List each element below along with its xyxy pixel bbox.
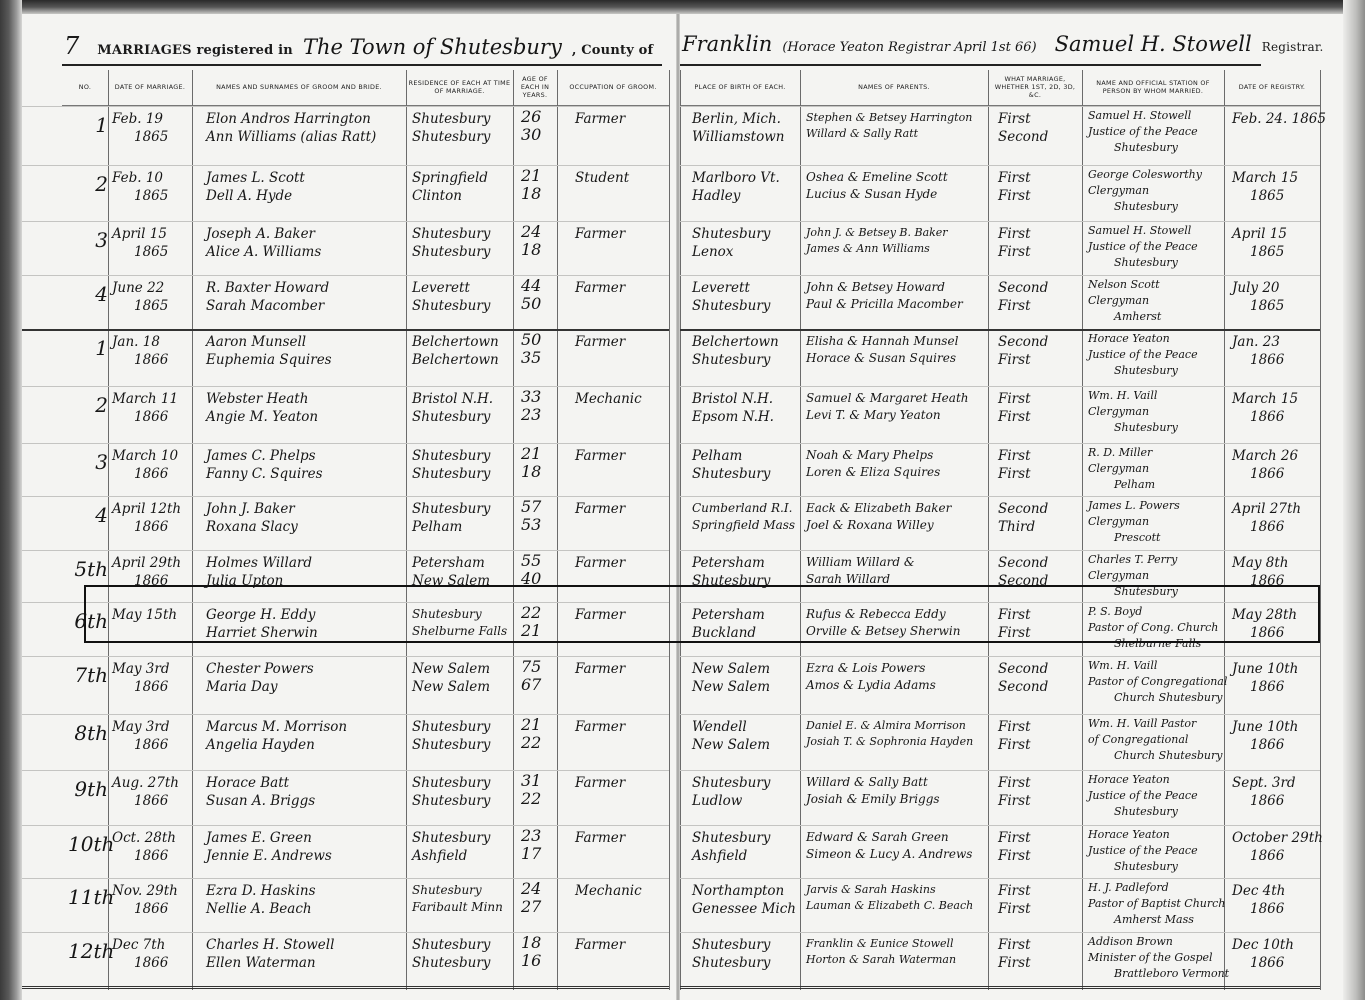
place-of-birth-line: Ashfield: [692, 847, 798, 865]
marriage-date: May 3rd1866: [112, 660, 190, 696]
marriage-date-line: April 12th: [112, 500, 190, 518]
groom-occupation: Farmer: [575, 774, 625, 792]
marriage-date: May 3rd1866: [112, 718, 190, 754]
marriage-date: Jan. 181866: [112, 333, 190, 369]
what-marriage-line: First: [998, 829, 1080, 847]
what-marriage: FirstSecond: [998, 110, 1080, 146]
officiant-line: Horace Yeaton: [1088, 827, 1222, 843]
what-marriage-line: First: [998, 447, 1080, 465]
groom-and-bride-names-line: Roxana Slacy: [206, 518, 404, 536]
what-marriage-line: First: [998, 390, 1080, 408]
date-of-registry-line: May 8th: [1232, 554, 1322, 572]
officiant-line: Prescott: [1088, 530, 1222, 546]
marriage-date: Dec 7th1866: [112, 936, 190, 972]
officiant-line: R. D. Miller: [1088, 445, 1222, 461]
ages-line: 27: [521, 898, 557, 916]
row-rule: [680, 770, 1320, 771]
ages-line: 44: [521, 277, 557, 295]
ages-line: 21: [521, 622, 557, 640]
officiant-line: Pastor of Cong. Church: [1088, 620, 1222, 636]
groom-and-bride-names: Holmes WillardJulia Upton: [206, 554, 404, 590]
what-marriage-line: First: [998, 351, 1080, 369]
names-of-parents: Willard & Sally BattJosiah & Emily Brigg…: [806, 774, 986, 808]
groom-and-bride-names-line: Nellie A. Beach: [206, 900, 404, 918]
ages-line: 23: [521, 406, 557, 424]
place-of-birth-line: Shutesbury: [692, 225, 798, 243]
marriage-date: April 12th1866: [112, 500, 190, 536]
groom-and-bride-names-line: Marcus M. Morrison: [206, 718, 404, 736]
officiant-line: Shutesbury: [1088, 199, 1222, 215]
ages-line: 40: [521, 570, 557, 588]
officiant-line: Justice of the Peace: [1088, 843, 1222, 859]
date-of-registry-line: Sept. 3rd: [1232, 774, 1322, 792]
residence-line: Shutesbury: [412, 500, 511, 518]
what-marriage-line: First: [998, 736, 1080, 754]
date-of-registry-line: 1865: [1232, 187, 1322, 205]
names-of-parents: John J. & Betsey B. BakerJames & Ann Wil…: [806, 225, 986, 257]
groom-and-bride-names-line: R. Baxter Howard: [206, 279, 404, 297]
what-marriage: FirstFirst: [998, 936, 1080, 972]
what-marriage-line: First: [998, 718, 1080, 736]
ages-line: 53: [521, 516, 557, 534]
marriage-date: May 15th: [112, 606, 190, 624]
residence: New SalemNew Salem: [412, 660, 511, 696]
marriage-date-line: 1866: [112, 465, 190, 483]
what-marriage: FirstFirst: [998, 718, 1080, 754]
row-rule: [680, 714, 1320, 715]
date-of-registry-line: April 27th: [1232, 500, 1322, 518]
residence-line: Shutesbury: [412, 408, 511, 426]
left-page-title: 7 MARRIAGES registered in The Town of Sh…: [22, 32, 676, 62]
what-marriage-line: First: [998, 606, 1080, 624]
record-number: 3: [68, 229, 108, 251]
officiant-line: Nelson Scott: [1088, 277, 1222, 293]
scan-right-edge: [1343, 0, 1365, 1000]
record-number: 2: [68, 394, 108, 416]
place-of-birth-line: Cumberland R.I.: [692, 500, 798, 517]
marriage-date-line: Jan. 18: [112, 333, 190, 351]
groom-and-bride-names: Webster HeathAngie M. Yeaton: [206, 390, 404, 426]
date-of-registry-line: 1866: [1232, 736, 1322, 754]
groom-and-bride-names-line: Angelia Hayden: [206, 736, 404, 754]
residence: ShutesburyShutesbury: [412, 225, 511, 261]
officiant-line: Justice of the Peace: [1088, 347, 1222, 363]
officiant: Nelson ScottClergymanAmherst: [1088, 277, 1222, 325]
marriage-date-line: 1865: [112, 297, 190, 315]
officiant-line: Shutesbury: [1088, 140, 1222, 156]
names-of-parents-line: Simeon & Lucy A. Andrews: [806, 846, 986, 863]
groom-and-bride-names-line: Maria Day: [206, 678, 404, 696]
book-binding-left: [0, 0, 22, 1000]
groom-occupation: Farmer: [575, 660, 625, 678]
ages-line: 30: [521, 126, 557, 144]
what-marriage: FirstFirst: [998, 390, 1080, 426]
names-of-parents-line: Horton & Sarah Waterman: [806, 952, 986, 968]
record-number: 8th: [68, 722, 108, 744]
row-rule: [22, 106, 669, 107]
column-rule: [406, 70, 407, 990]
row-rule: [680, 165, 1320, 166]
names-of-parents-line: Noah & Mary Phelps: [806, 447, 986, 464]
names-of-parents-line: Josiah & Emily Briggs: [806, 791, 986, 808]
groom-occupation: Mechanic: [575, 882, 642, 900]
names-of-parents-line: Lauman & Elizabeth C. Beach: [806, 898, 986, 914]
record-number: 2: [68, 173, 108, 195]
ages-line: 22: [521, 604, 557, 622]
marriage-date-line: March 11: [112, 390, 190, 408]
groom-and-bride-names: Ezra D. HaskinsNellie A. Beach: [206, 882, 404, 918]
date-of-registry: April 27th1866: [1232, 500, 1322, 536]
what-marriage-line: First: [998, 847, 1080, 865]
groom-and-bride-names: James C. PhelpsFanny C. Squires: [206, 447, 404, 483]
residence-line: Belchertown: [412, 351, 511, 369]
column-rule: [1224, 70, 1225, 990]
date-of-registry-line: 1865: [1232, 297, 1322, 315]
place-of-birth-line: Marlboro Vt.: [692, 169, 798, 187]
groom-and-bride-names-line: Ellen Waterman: [206, 954, 404, 972]
date-of-registry: July 201865: [1232, 279, 1322, 315]
row-rule: [22, 165, 669, 166]
place-of-birth: PetershamBuckland: [692, 606, 798, 642]
names-of-parents-line: Edward & Sarah Green: [806, 829, 986, 846]
names-of-parents: John & Betsey HowardPaul & Pricilla Maco…: [806, 279, 986, 313]
groom-occupation: Farmer: [575, 110, 625, 128]
groom-and-bride-names: R. Baxter HowardSarah Macomber: [206, 279, 404, 315]
marriage-date-line: 1866: [112, 736, 190, 754]
residence-line: Shutesbury: [412, 297, 511, 315]
date-of-registry-line: 1866: [1232, 900, 1322, 918]
left-page: 7 MARRIAGES registered in The Town of Sh…: [22, 14, 676, 1000]
residence-line: New Salem: [412, 572, 511, 590]
what-marriage: SecondSecond: [998, 554, 1080, 590]
ages-line: 24: [521, 880, 557, 898]
residence: BelchertownBelchertown: [412, 333, 511, 369]
officiant: Samuel H. StowellJustice of the PeaceShu…: [1088, 108, 1222, 156]
residence: ShutesburyShelburne Falls: [412, 606, 511, 640]
residence: ShutesburyShutesbury: [412, 447, 511, 483]
officiant-line: Samuel H. Stowell: [1088, 108, 1222, 124]
residence-line: Shutesbury: [412, 243, 511, 261]
names-of-parents-line: John & Betsey Howard: [806, 279, 986, 296]
residence-line: Pelham: [412, 518, 511, 536]
officiant: H. J. PadlefordPastor of Baptist ChurchA…: [1088, 880, 1222, 928]
what-marriage-line: First: [998, 297, 1080, 315]
column-rule: [800, 70, 801, 990]
registrar-name: Samuel H. Stowell: [1055, 32, 1252, 56]
date-of-registry-line: May 28th: [1232, 606, 1322, 624]
page-number: 7: [64, 32, 79, 60]
row-rule: [22, 496, 669, 497]
place-of-birth-line: Williamstown: [692, 128, 798, 146]
ages: 2118: [521, 445, 557, 481]
ages: 3122: [521, 772, 557, 808]
row-rule: [22, 878, 669, 879]
marriage-date-line: 1866: [112, 900, 190, 918]
officiant: P. S. BoydPastor of Cong. ChurchShelburn…: [1088, 604, 1222, 652]
names-of-parents-line: Ezra & Lois Powers: [806, 660, 986, 677]
place-of-birth-line: New Salem: [692, 660, 798, 678]
names-of-parents: Daniel E. & Almira MorrisonJosiah T. & S…: [806, 718, 986, 750]
what-marriage: SecondThird: [998, 500, 1080, 536]
officiant-line: Wm. H. Vaill: [1088, 658, 1222, 674]
marriage-date: March 101866: [112, 447, 190, 483]
date-of-registry: March 151865: [1232, 169, 1322, 205]
ages: 1816: [521, 934, 557, 970]
row-rule: [680, 825, 1320, 826]
row-rule: [680, 443, 1320, 444]
officiant-line: H. J. Padleford: [1088, 880, 1222, 896]
place-of-birth-line: Pelham: [692, 447, 798, 465]
place-of-birth-line: Ludlow: [692, 792, 798, 810]
record-number: 3: [68, 451, 108, 473]
officiant-line: Brattleboro Vermont: [1088, 966, 1222, 982]
row-rule: [680, 386, 1320, 387]
marriage-date-line: 1866: [112, 792, 190, 810]
row-rule: [680, 275, 1320, 276]
place-of-birth-line: Shutesbury: [692, 954, 798, 972]
names-of-parents: Ezra & Lois PowersAmos & Lydia Adams: [806, 660, 986, 694]
marriage-date-line: 1866: [112, 954, 190, 972]
column-rule: [557, 70, 558, 990]
groom-and-bride-names: Marcus M. MorrisonAngelia Hayden: [206, 718, 404, 754]
names-of-parents-line: Paul & Pricilla Macomber: [806, 296, 986, 313]
groom-and-bride-names-line: James C. Phelps: [206, 447, 404, 465]
officiant-line: Shelburne Falls: [1088, 636, 1222, 652]
names-of-parents: William Willard &Sarah Willard: [806, 554, 986, 588]
groom-and-bride-names-line: Euphemia Squires: [206, 351, 404, 369]
groom-and-bride-names-line: Ann Williams (alias Ratt): [206, 128, 404, 146]
groom-occupation: Farmer: [575, 500, 625, 518]
officiant-line: Shutesbury: [1088, 420, 1222, 436]
officiant: Horace YeatonJustice of the PeaceShutesb…: [1088, 772, 1222, 820]
what-marriage-line: First: [998, 408, 1080, 426]
officiant-line: George Colesworthy: [1088, 167, 1222, 183]
officiant-line: Samuel H. Stowell: [1088, 223, 1222, 239]
residence-line: Springfield: [412, 169, 511, 187]
groom-and-bride-names-line: Angie M. Yeaton: [206, 408, 404, 426]
names-of-parents: Edward & Sarah GreenSimeon & Lucy A. And…: [806, 829, 986, 863]
date-of-registry: Feb. 24. 1865: [1232, 110, 1322, 128]
residence: ShutesburyShutesbury: [412, 774, 511, 810]
column-rule: [680, 70, 681, 990]
groom-and-bride-names-line: Horace Batt: [206, 774, 404, 792]
place-of-birth-line: Hadley: [692, 187, 798, 205]
row-rule: [22, 275, 669, 276]
date-of-registry-line: 1865: [1232, 243, 1322, 261]
officiant-line: Clergyman: [1088, 183, 1222, 199]
officiant-line: Pastor of Baptist Church: [1088, 896, 1222, 912]
marriage-date-line: April 15: [112, 225, 190, 243]
residence: LeverettShutesbury: [412, 279, 511, 315]
residence-line: Petersham: [412, 554, 511, 572]
officiant-line: Church Shutesbury: [1088, 690, 1222, 706]
date-of-registry-line: June 10th: [1232, 718, 1322, 736]
what-marriage: SecondFirst: [998, 279, 1080, 315]
groom-occupation: Mechanic: [575, 390, 642, 408]
groom-and-bride-names: Elon Andros HarringtonAnn Williams (alia…: [206, 110, 404, 146]
officiant: Wm. H. VaillClergymanShutesbury: [1088, 388, 1222, 436]
marriage-date-line: Feb. 10: [112, 169, 190, 187]
record-number: 1: [68, 337, 108, 359]
groom-occupation: Farmer: [575, 718, 625, 736]
what-marriage-line: Second: [998, 554, 1080, 572]
names-of-parents-line: Levi T. & Mary Yeaton: [806, 407, 986, 424]
what-marriage: FirstFirst: [998, 882, 1080, 918]
marriage-date-line: 1866: [112, 518, 190, 536]
place-of-birth-line: Petersham: [692, 606, 798, 624]
place-of-birth: LeverettShutesbury: [692, 279, 798, 315]
ages-line: 21: [521, 167, 557, 185]
marriage-date: Feb. 191865: [112, 110, 190, 146]
names-of-parents-line: Horace & Susan Squires: [806, 350, 986, 367]
row-rule: [680, 878, 1320, 879]
ages-line: 50: [521, 295, 557, 313]
residence: ShutesburyFaribault Minn: [412, 882, 511, 916]
ages: 2418: [521, 223, 557, 259]
residence-line: Leverett: [412, 279, 511, 297]
printed-title: MARRIAGES registered in: [97, 43, 293, 58]
residence: ShutesburyPelham: [412, 500, 511, 536]
groom-and-bride-names: James L. ScottDell A. Hyde: [206, 169, 404, 205]
date-of-registry-line: March 15: [1232, 169, 1322, 187]
marriage-date: Aug. 27th1866: [112, 774, 190, 810]
what-marriage-line: First: [998, 954, 1080, 972]
what-marriage-line: First: [998, 187, 1080, 205]
table-bottom-rule: [22, 986, 669, 989]
marriage-date-line: May 3rd: [112, 718, 190, 736]
row-rule: [22, 550, 669, 551]
ages-line: 18: [521, 185, 557, 203]
place-of-birth-line: New Salem: [692, 678, 798, 696]
officiant-line: Clergyman: [1088, 404, 1222, 420]
column-rule: [192, 70, 193, 990]
place-of-birth: Cumberland R.I.Springfield Mass: [692, 500, 798, 534]
residence-line: Shutesbury: [412, 128, 511, 146]
names-of-parents-line: James & Ann Williams: [806, 241, 986, 257]
what-marriage-line: First: [998, 169, 1080, 187]
groom-occupation: Farmer: [575, 279, 625, 297]
ages: 2427: [521, 880, 557, 916]
row-rule: [680, 329, 1320, 331]
column-rule: [513, 70, 514, 990]
row-rule: [680, 602, 1320, 603]
row-rule: [680, 106, 1320, 107]
residence-line: Shutesbury: [412, 774, 511, 792]
date-of-registry-line: 1866: [1232, 518, 1322, 536]
marriage-date-line: 1866: [112, 572, 190, 590]
groom-and-bride-names-line: Holmes Willard: [206, 554, 404, 572]
officiant-line: Clergyman: [1088, 461, 1222, 477]
ages: 3323: [521, 388, 557, 424]
what-marriage-line: First: [998, 225, 1080, 243]
names-of-parents-line: Amos & Lydia Adams: [806, 677, 986, 694]
residence-line: Shutesbury: [412, 465, 511, 483]
row-rule: [22, 329, 669, 331]
column-rule: [1082, 70, 1083, 990]
officiant-line: Justice of the Peace: [1088, 124, 1222, 140]
place-of-birth: New SalemNew Salem: [692, 660, 798, 696]
date-of-registry-line: 1866: [1232, 792, 1322, 810]
names-of-parents: Elisha & Hannah MunselHorace & Susan Squ…: [806, 333, 986, 367]
officiant-line: Amherst Mass: [1088, 912, 1222, 928]
registrar-annotation: (Horace Yeaton Registrar April 1st 66): [782, 40, 1036, 55]
groom-occupation: Farmer: [575, 554, 625, 572]
officiant-line: Shutesbury: [1088, 804, 1222, 820]
column-header-reg: Date of Registry.: [1224, 70, 1320, 104]
officiant-line: Wm. H. Vaill: [1088, 388, 1222, 404]
right-page-title: Franklin (Horace Yeaton Registrar April …: [680, 32, 1343, 62]
groom-and-bride-names-line: James L. Scott: [206, 169, 404, 187]
place-of-birth-line: Leverett: [692, 279, 798, 297]
groom-and-bride-names-line: Julia Upton: [206, 572, 404, 590]
residence-line: Shutesbury: [412, 882, 511, 899]
groom-occupation: Farmer: [575, 606, 625, 624]
county-label: , County of: [572, 43, 654, 58]
marriage-date-line: May 3rd: [112, 660, 190, 678]
residence: ShutesburyShutesbury: [412, 936, 511, 972]
residence-line: Shutesbury: [412, 736, 511, 754]
groom-and-bride-names-line: Jennie E. Andrews: [206, 847, 404, 865]
record-number: 4: [68, 283, 108, 305]
ages-line: 18: [521, 934, 557, 952]
place-of-birth-line: Shutesbury: [692, 829, 798, 847]
groom-and-bride-names-line: Aaron Munsell: [206, 333, 404, 351]
date-of-registry-line: Dec 10th: [1232, 936, 1322, 954]
marriage-date: March 111866: [112, 390, 190, 426]
row-rule: [22, 714, 669, 715]
officiant: George ColesworthyClergymanShutesbury: [1088, 167, 1222, 215]
residence-line: Ashfield: [412, 847, 511, 865]
place-of-birth-line: Shutesbury: [692, 774, 798, 792]
what-marriage: FirstFirst: [998, 225, 1080, 261]
marriage-date: Feb. 101865: [112, 169, 190, 205]
names-of-parents: Samuel & Margaret HeathLevi T. & Mary Ye…: [806, 390, 986, 424]
column-rule: [988, 70, 989, 990]
place-of-birth-line: Shutesbury: [692, 465, 798, 483]
place-of-birth-line: New Salem: [692, 736, 798, 754]
residence: ShutesburyShutesbury: [412, 718, 511, 754]
place-of-birth-line: Shutesbury: [692, 572, 798, 590]
groom-occupation: Student: [575, 169, 629, 187]
ages-line: 55: [521, 552, 557, 570]
ages-line: 21: [521, 445, 557, 463]
date-of-registry-line: Jan. 23: [1232, 333, 1322, 351]
names-of-parents: Stephen & Betsey HarringtonWillard & Sal…: [806, 110, 986, 142]
date-of-registry-line: 1866: [1232, 465, 1322, 483]
names-of-parents: Rufus & Rebecca EddyOrville & Betsey She…: [806, 606, 986, 640]
groom-and-bride-names-line: James E. Green: [206, 829, 404, 847]
officiant-line: Horace Yeaton: [1088, 772, 1222, 788]
column-header-parents: Names of Parents.: [800, 70, 988, 104]
place-of-birth-line: Springfield Mass: [692, 517, 798, 534]
place-of-birth-line: Shutesbury: [692, 297, 798, 315]
row-rule: [22, 443, 669, 444]
what-marriage-line: Second: [998, 660, 1080, 678]
what-marriage-line: First: [998, 110, 1080, 128]
groom-and-bride-names-line: Susan A. Briggs: [206, 792, 404, 810]
date-of-registry: May 28th1866: [1232, 606, 1322, 642]
residence-line: Shelburne Falls: [412, 623, 511, 640]
marriage-date-line: Feb. 19: [112, 110, 190, 128]
groom-and-bride-names-line: Chester Powers: [206, 660, 404, 678]
groom-and-bride-names-line: George H. Eddy: [206, 606, 404, 624]
names-of-parents-line: Eack & Elizabeth Baker: [806, 500, 986, 517]
marriage-date-line: Dec 7th: [112, 936, 190, 954]
place-of-birth: NorthamptonGenessee Mich: [692, 882, 798, 918]
ages-line: 22: [521, 734, 557, 752]
ages-line: 67: [521, 676, 557, 694]
place-of-birth: ShutesburyShutesbury: [692, 936, 798, 972]
